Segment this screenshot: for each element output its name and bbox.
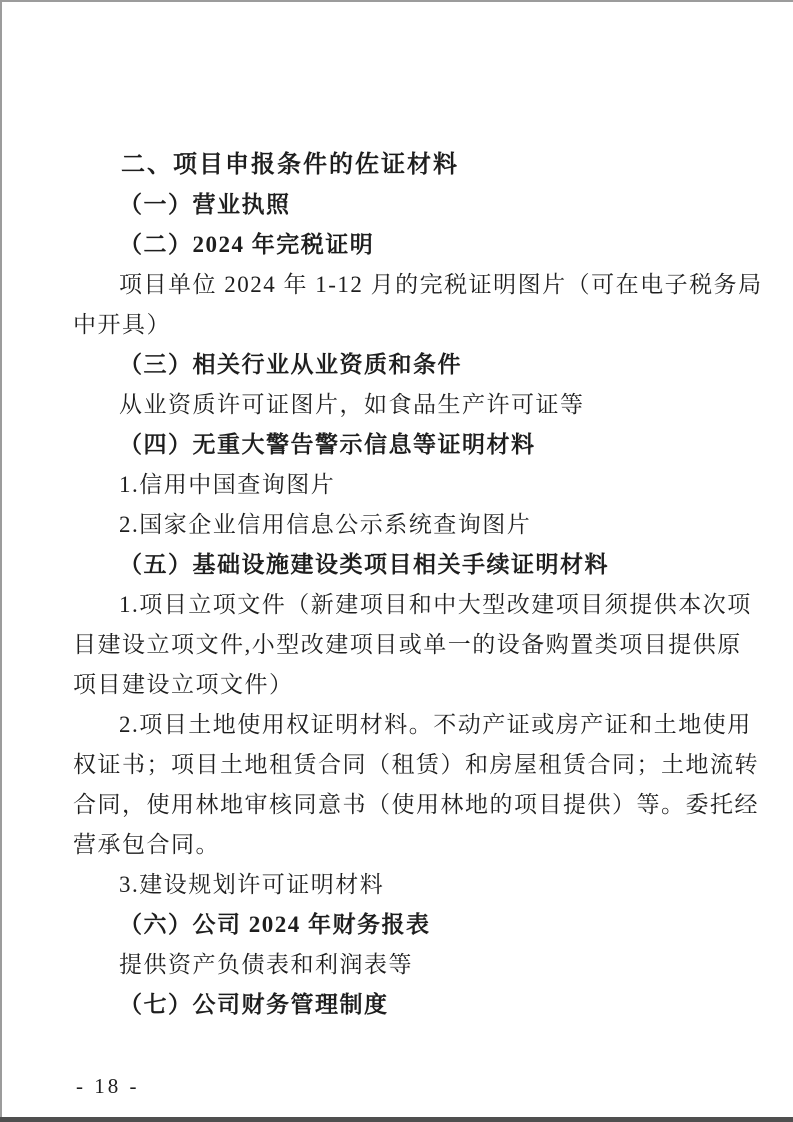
doc-line-21: 提供资产负债表和利润表等 xyxy=(73,945,773,985)
doc-line-11: （五）基础设施建设类项目相关手续证明材料 xyxy=(73,545,773,585)
doc-line-2: （一）营业执照 xyxy=(73,185,773,225)
doc-line-3: （二）2024 年完税证明 xyxy=(73,225,773,265)
doc-line-16: 权证书；项目土地租赁合同（租赁）和房屋租赁合同；土地流转 xyxy=(73,745,773,785)
doc-lines: 二、项目申报条件的佐证材料（一）营业执照（二）2024 年完税证明项目单位 20… xyxy=(73,145,773,1025)
doc-line-6: （三）相关行业从业资质和条件 xyxy=(73,345,773,385)
doc-line-5: 中开具） xyxy=(73,305,773,345)
doc-line-14: 项目建设立项文件） xyxy=(73,665,773,705)
doc-line-8: （四）无重大警告警示信息等证明材料 xyxy=(73,425,773,465)
doc-line-7: 从业资质许可证图片，如食品生产许可证等 xyxy=(73,385,773,425)
doc-line-13: 目建设立项文件,小型改建项目或单一的设备购置类项目提供原 xyxy=(73,625,773,665)
doc-line-17: 合同，使用林地审核同意书（使用林地的项目提供）等。委托经 xyxy=(73,785,773,825)
doc-line-1: 二、项目申报条件的佐证材料 xyxy=(73,145,773,185)
document-page: 二、项目申报条件的佐证材料（一）营业执照（二）2024 年完税证明项目单位 20… xyxy=(0,0,793,1122)
doc-line-12: 1.项目立项文件（新建项目和中大型改建项目须提供本次项 xyxy=(73,585,773,625)
scan-edge-left xyxy=(0,0,2,1122)
scan-edge-top xyxy=(0,0,793,2)
doc-line-10: 2.国家企业信用信息公示系统查询图片 xyxy=(73,505,773,545)
doc-line-20: （六）公司 2024 年财务报表 xyxy=(73,905,773,945)
doc-line-19: 3.建设规划许可证明材料 xyxy=(73,865,773,905)
doc-line-9: 1.信用中国查询图片 xyxy=(73,465,773,505)
page-number: - 18 - xyxy=(76,1068,140,1104)
doc-line-18: 营承包合同。 xyxy=(73,825,773,865)
doc-line-15: 2.项目土地使用权证明材料。不动产证或房产证和土地使用 xyxy=(73,705,773,745)
scan-edge-bottom xyxy=(0,1117,793,1122)
doc-line-4: 项目单位 2024 年 1-12 月的完税证明图片（可在电子税务局 xyxy=(73,265,773,305)
doc-line-22: （七）公司财务管理制度 xyxy=(73,985,773,1025)
